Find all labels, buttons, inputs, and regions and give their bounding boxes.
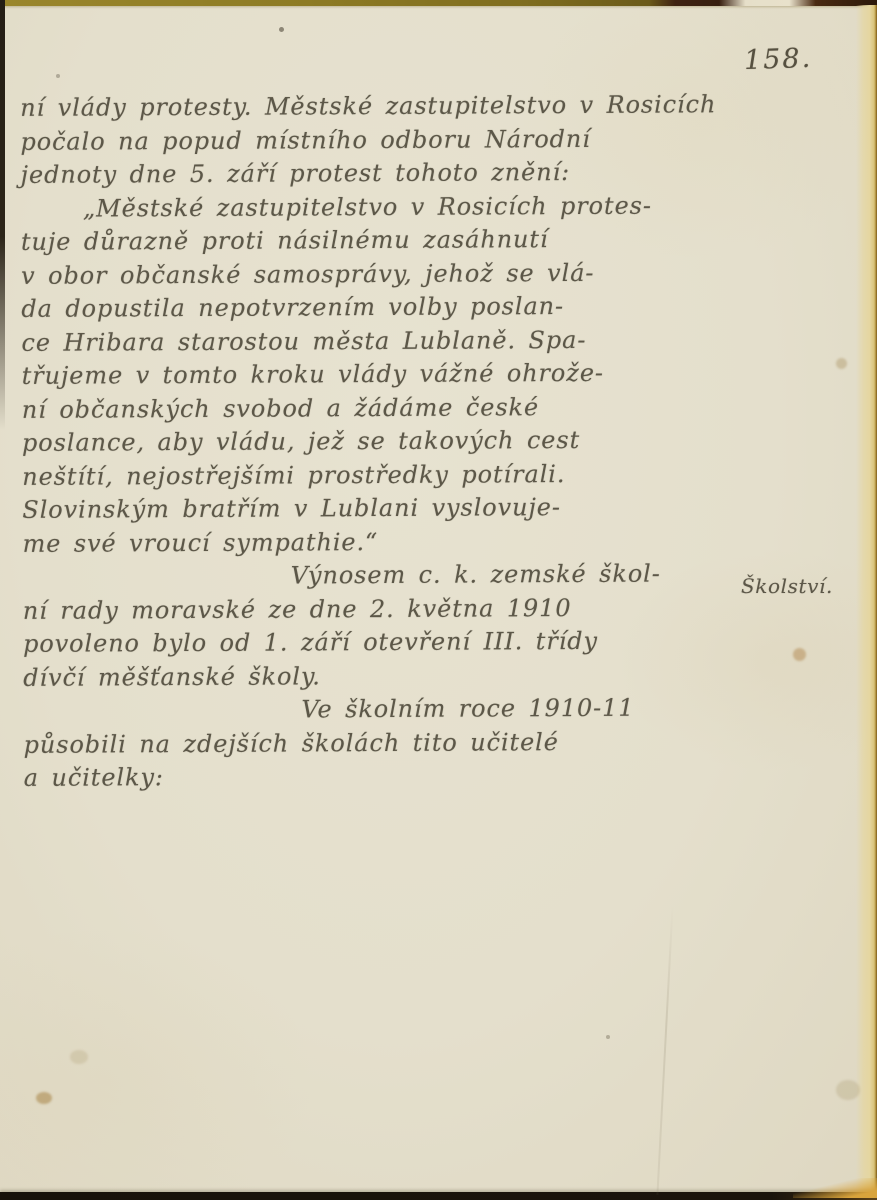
text-line: Slovinským bratřím v Lublani vyslovuje-: [22, 490, 742, 527]
stain: [836, 358, 847, 369]
page-top-edge: [0, 0, 877, 6]
text-line: dívčí měšťanské školy.: [23, 658, 743, 695]
text-line: třujeme v tomto kroku vlády vážné ohrože…: [22, 356, 742, 393]
text-line: ce Hribara starostou města Lublaně. Spa-: [21, 323, 741, 360]
text-line: poslance, aby vládu, jež se takových ces…: [22, 423, 742, 460]
text-line: neštítí, nejostřejšími prostředky potíra…: [22, 457, 742, 494]
stain: [70, 1050, 88, 1064]
text-line: působili na zdejších školách tito učitel…: [23, 725, 743, 762]
stain: [836, 1080, 860, 1100]
text-line: a učitelky:: [24, 758, 744, 795]
page-corner-gold: [793, 1178, 877, 1198]
page-number: 158.: [743, 43, 812, 76]
text-line: da dopustila nepotvrzením volby poslan-: [21, 289, 741, 326]
manuscript-page: 158. Školství. ní vlády protesty. Městsk…: [0, 0, 877, 1200]
text-line: ní občanských svobod a žádáme české: [22, 390, 742, 427]
text-line: povoleno bylo od 1. září otevření III. t…: [23, 624, 743, 661]
text-line: Ve školním roce 1910-11: [23, 691, 743, 728]
margin-note-skolstvi: Školství.: [741, 574, 833, 598]
ink-speck: [279, 27, 284, 32]
ink-speck: [56, 74, 60, 78]
stain: [36, 1092, 52, 1104]
page-right-edge: [856, 5, 877, 1194]
stain: [793, 648, 806, 661]
text-line: ní vlády protesty. Městské zastupitelstv…: [20, 88, 740, 125]
text-line: me své vroucí sympathie.“: [22, 524, 742, 561]
ink-speck: [606, 1035, 610, 1039]
text-line: počalo na popud místního odboru Národní: [20, 122, 740, 159]
text-line: „Městské zastupitelstvo v Rosicích prote…: [21, 189, 741, 226]
text-line: Výnosem c. k. zemské škol-: [23, 557, 743, 594]
text-line: tuje důrazně proti násilnému zasáhnutí: [21, 222, 741, 259]
text-line: ní rady moravské ze dne 2. května 1910: [23, 591, 743, 628]
paper-crease: [656, 905, 673, 1195]
text-line: jednoty dne 5. září protest tohoto znění…: [21, 155, 741, 192]
handwritten-text: ní vlády protesty. Městské zastupitelstv…: [20, 88, 744, 795]
text-line: v obor občanské samosprávy, jehož se vlá…: [21, 256, 741, 293]
page-left-edge: [0, 0, 5, 430]
page-bottom-edge: [0, 1192, 877, 1200]
